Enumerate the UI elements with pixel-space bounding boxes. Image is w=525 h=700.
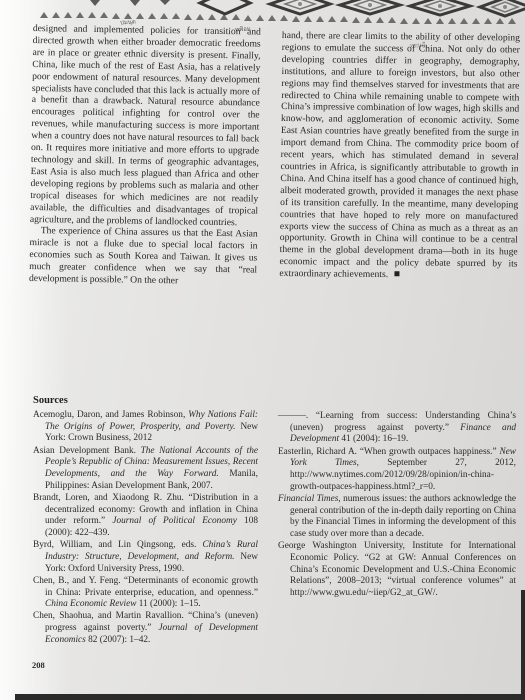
- ref-text: 41 (2004): 16–19.: [339, 434, 408, 444]
- ref-title: Journal of Political Economy: [112, 516, 236, 526]
- reference-entry: Asian Development Bank. The National Acc…: [33, 446, 258, 493]
- ref-title: China Economic Review: [45, 599, 136, 609]
- book-page: ปมนุด ทฟ้อม ทฤษฎี designed and implement…: [0, 0, 525, 700]
- reference-entry: Brandt, Loren, and Xiaodong R. Zhu. “Dis…: [33, 493, 258, 540]
- body-column-left: designed and implemented policies for tr…: [29, 23, 261, 288]
- sources-heading: Sources: [33, 395, 68, 406]
- ref-text: 11 (2000): 1–15.: [136, 599, 200, 609]
- page-number: 208: [32, 660, 45, 670]
- ref-text: Asian Development Bank.: [33, 446, 141, 456]
- body-column-right: hand, there are clear limits to the abil…: [279, 30, 520, 283]
- ref-text: George Washington University, Institute …: [278, 541, 516, 598]
- body-paragraph: hand, there are clear limits to the abil…: [279, 30, 520, 283]
- reference-entry: Easterlin, Richard A. “When growth outpa…: [278, 447, 516, 494]
- reference-entry: ———. “Learning from success: Understandi…: [278, 411, 516, 446]
- ref-text: Easterlin, Richard A. “When growth outpa…: [278, 447, 499, 457]
- reference-entry: Financial Times, numerous issues: the au…: [278, 494, 516, 541]
- sources-list-left: Acemoglu, Daron, and James Robinson, Why…: [33, 410, 258, 647]
- end-of-chapter-square-icon: [394, 271, 399, 276]
- page-bottom-edge: [15, 694, 525, 700]
- sources-list-right: ———. “Learning from success: Understandi…: [278, 411, 516, 600]
- ref-text: 82 (2007): 1–42.: [86, 635, 151, 645]
- ref-text: Byrd, William, and Lin Qingsong, eds.: [33, 540, 202, 550]
- reference-entry: Acemoglu, Daron, and James Robinson, Why…: [33, 410, 258, 445]
- decorative-border-pattern: [0, 0, 525, 24]
- body-paragraph: The experience of China assures us that …: [29, 225, 258, 288]
- ref-text: Acemoglu, Daron, and James Robinson,: [33, 410, 188, 420]
- ref-title: Financial Times,: [278, 494, 341, 504]
- body-paragraph-text: hand, there are clear limits to the abil…: [279, 30, 520, 280]
- reference-entry: George Washington University, Institute …: [278, 541, 516, 600]
- reference-entry: Byrd, William, and Lin Qingsong, eds. Ch…: [33, 540, 258, 575]
- ref-text: Chen, B., and Y. Feng. “Determinants of …: [33, 576, 258, 598]
- reference-entry: Chen, B., and Y. Feng. “Determinants of …: [33, 576, 258, 611]
- body-paragraph: designed and implemented policies for tr…: [30, 23, 261, 229]
- page-edge-shadow: [521, 590, 525, 700]
- reference-entry: Chen, Shaohua, and Martin Ravallion. “Ch…: [33, 611, 258, 646]
